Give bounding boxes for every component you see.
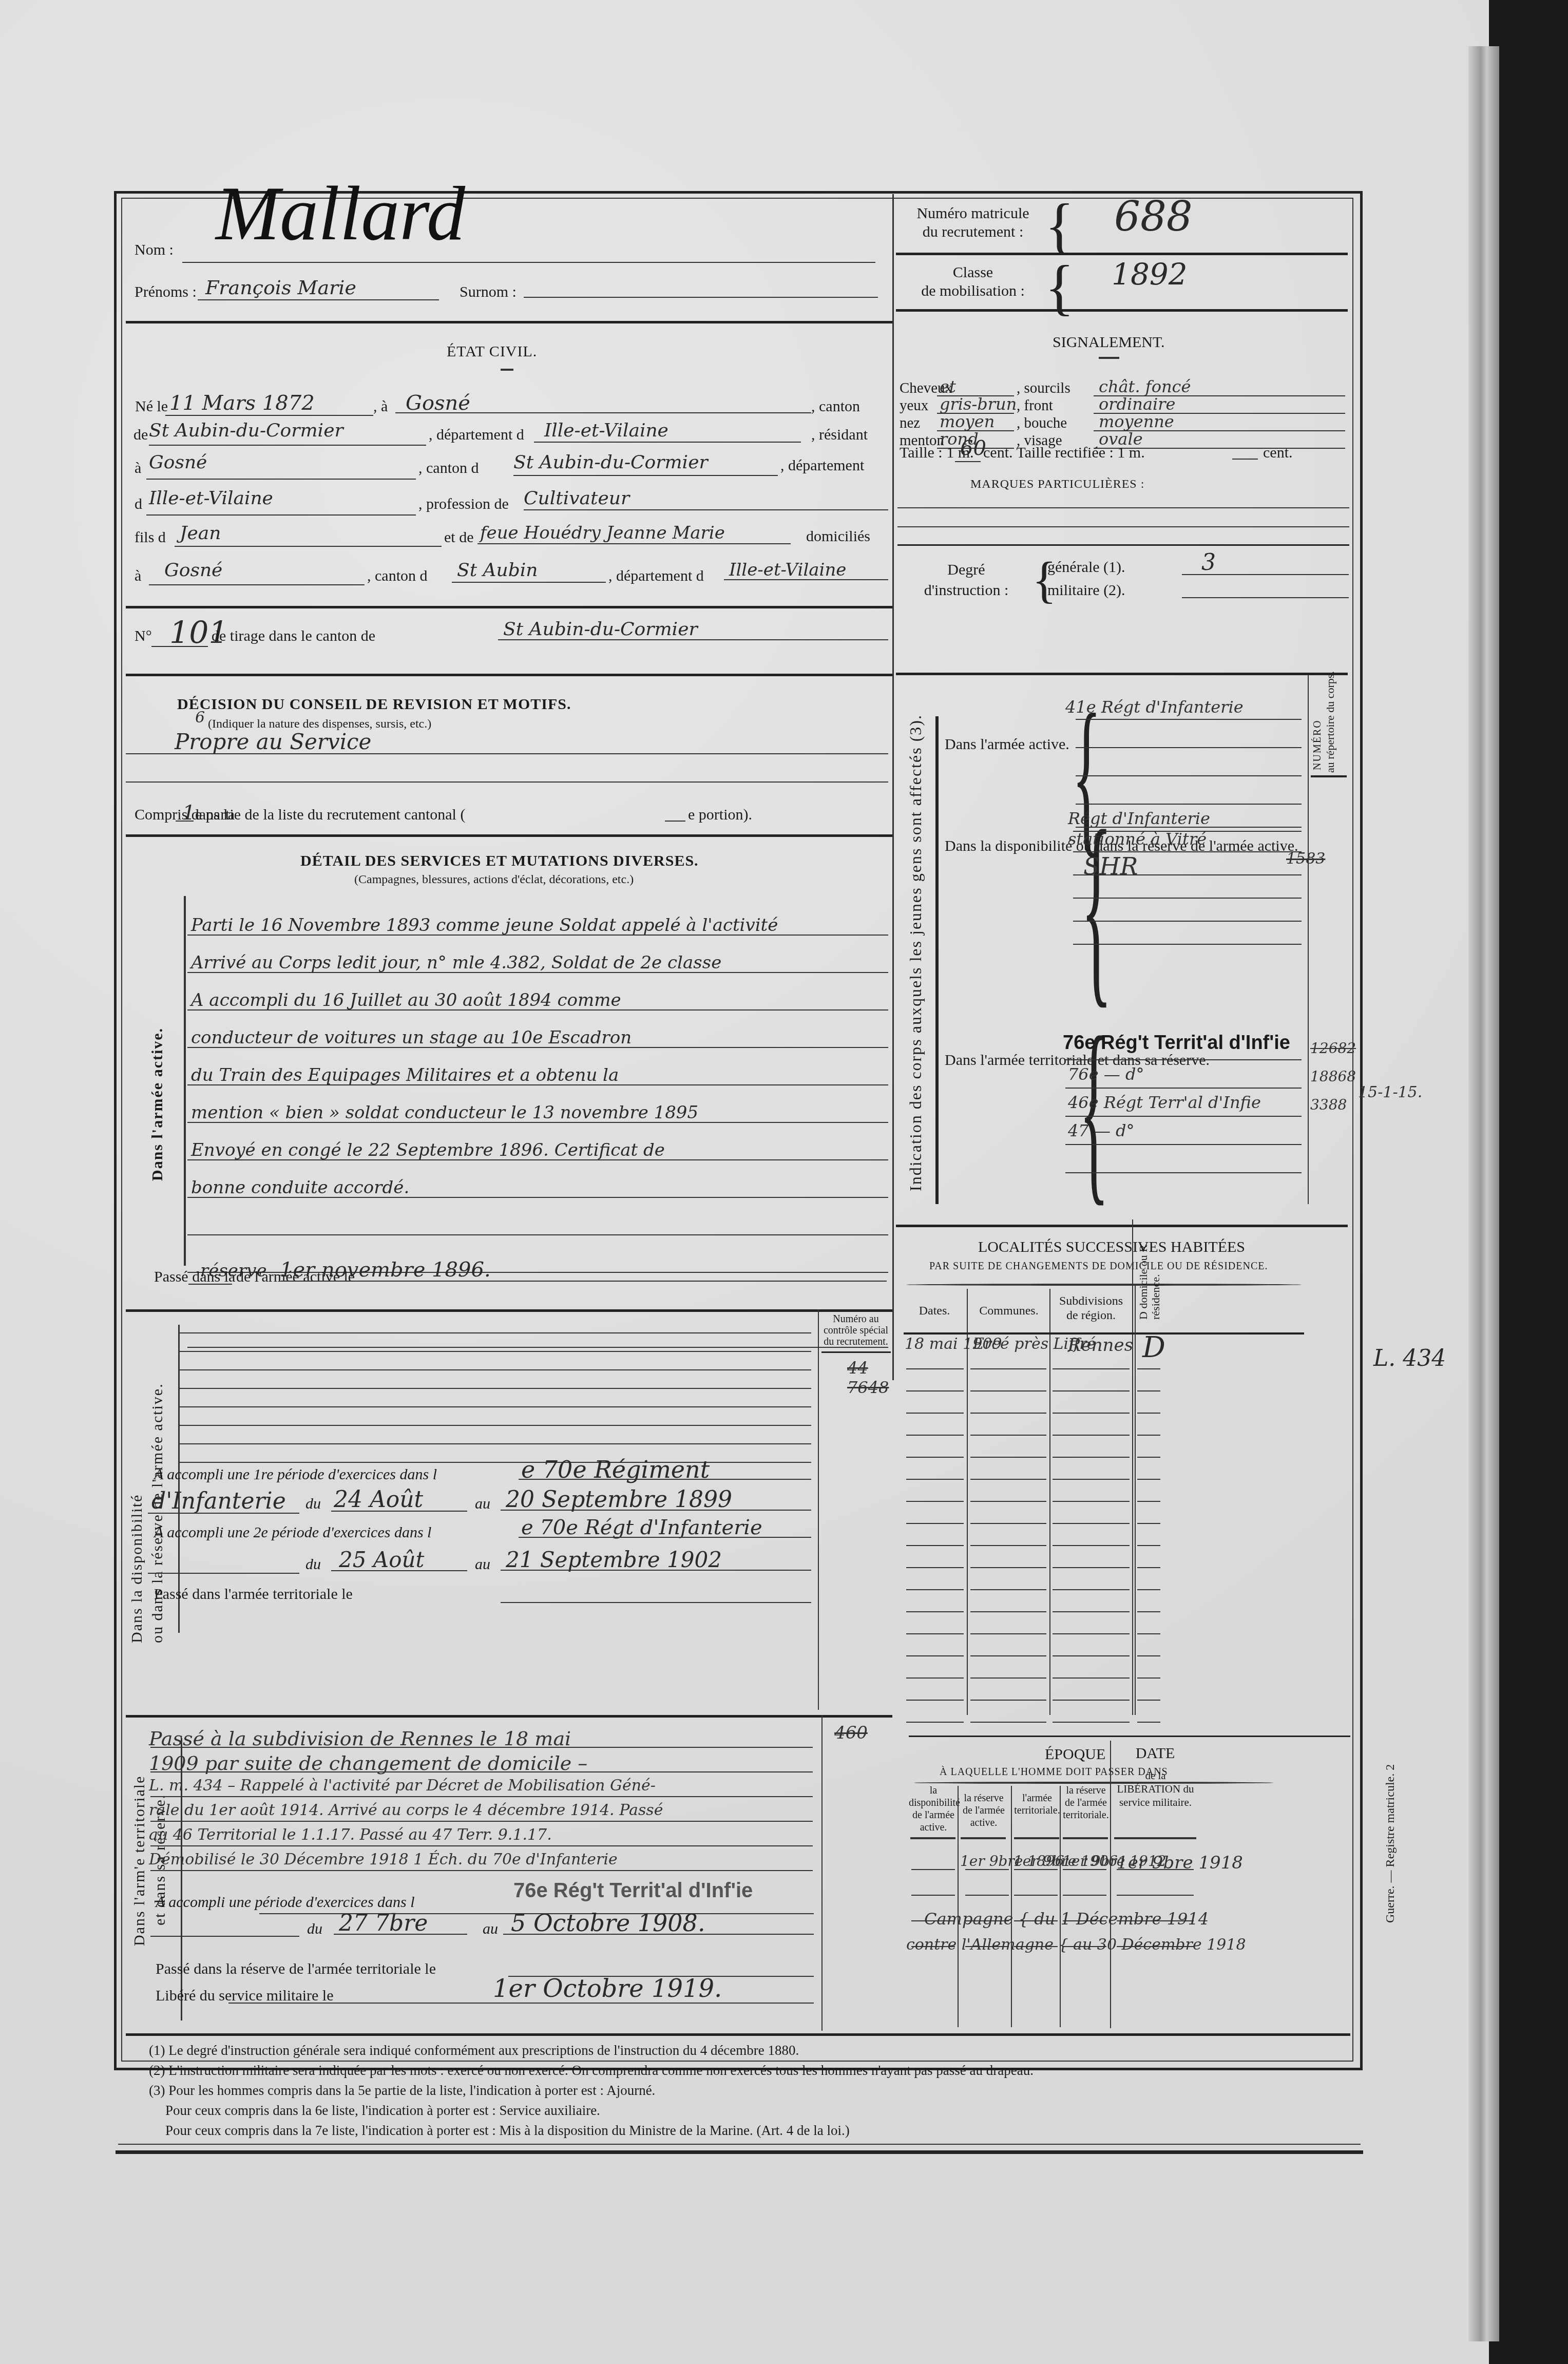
field-line [501,1570,811,1571]
field-line [911,1895,955,1896]
corps-disponibilite-numero: 1583 [1286,850,1325,868]
field-line [334,1934,467,1935]
field-line [970,1633,1046,1634]
field-line [149,584,365,585]
matricule-label: Numéro matriculedu recrutement : [896,204,1050,241]
corps-active-label: Dans l'armée active. [945,734,1053,755]
field-line [1073,921,1302,922]
lieu-naissance-value: Gosné [406,391,470,415]
field-line [519,1537,811,1538]
services-title: DÉTAIL DES SERVICES ET MUTATIONS DIVERSE… [300,852,699,870]
divider [126,2033,1350,2036]
periode1-au: 20 Septembre 1899 [506,1486,732,1513]
field-line [1053,1567,1130,1568]
departement-label: , département d [429,426,524,444]
classe-label: Classede mobilisation : [896,263,1050,300]
footnote: Pour ceux compris dans la 7e liste, l'in… [165,2123,850,2139]
column-divider [1110,1741,1111,2028]
field-line [970,1390,1046,1391]
localites-col-communes: Communes. [970,1304,1047,1318]
field-line [970,1523,1046,1524]
territoriale-line: au 46 Territorial le 1.1.17. Passé au 47… [149,1826,552,1844]
field-line [970,1567,1046,1568]
decision-marker: 6 [195,709,205,727]
disponibilite-numero-header: Numéro au contrôle spécial du recrutemen… [820,1313,892,1347]
divider [116,2150,1363,2154]
departement2-label: , département [780,457,864,474]
localite-dr: D [1142,1331,1165,1364]
canton3-label: , canton d [367,567,427,585]
field-line [970,1368,1046,1369]
title-rule [1099,357,1119,359]
field-line [180,1332,811,1333]
field-line [146,514,416,516]
divider [126,1715,892,1718]
bracket [184,896,186,1266]
services-side-label: Dans l'armée active. [149,1027,166,1181]
field-line [970,1677,1046,1679]
terr-du-label: du [307,1920,322,1938]
instruction-label-1: Degré [947,561,985,578]
field-line [1053,1589,1130,1590]
corps-territoriale-numero: 12682 [1310,1040,1356,1057]
surnom-line [524,297,878,298]
instruction-label: Degréd'instruction : [900,560,1033,601]
field-line [906,1677,964,1679]
field-line [1137,1413,1160,1414]
field-line [965,1946,1009,1947]
brace-rule [906,1284,1302,1286]
periode2-du: 25 Août [339,1547,424,1572]
field-line [180,1351,811,1352]
divider [126,834,892,837]
field-line [1137,1722,1160,1723]
field-line [150,1747,813,1748]
libere-date: 1er Octobre 1919. [493,1974,722,2003]
field-line [1065,1172,1302,1173]
au-label-2: au [475,1556,490,1573]
campagne-line-1: Campagne { du 1 Décembre 1914 [924,1909,1209,1929]
brace-rule [914,1782,1273,1784]
epoque-col-header: la réserve de l'armée territoriale. [1061,1784,1111,1821]
divider [896,673,1348,675]
field-line [148,1573,299,1574]
bouche-label: , bouche [1017,415,1067,432]
field-line [477,543,791,544]
field-line [965,1895,1009,1896]
corps-side-label: Indication des corps auxquels les jeunes… [906,714,925,1191]
field-line [906,1611,964,1612]
divider [126,1309,892,1312]
divider [896,1225,1348,1227]
portion-label: e portion). [688,806,752,824]
field-line [911,1946,955,1947]
localites-col-dr: D domicile ou R résidence. [1137,1217,1162,1320]
canton-label: , canton [811,398,860,415]
prenoms-value: François Marie [205,276,356,299]
divider [1114,1837,1196,1839]
periode1-du: 24 Août [334,1486,423,1513]
field-line [1073,898,1302,899]
taille-value: 60 [960,436,986,460]
sourcils-value: chât. foncé [1099,377,1191,396]
divider [1063,1837,1108,1839]
footnote: (3) Pour les hommes compris dans la 5e p… [149,2083,655,2099]
periode2-label: A accompli une 2e période d'exercices da… [154,1524,431,1541]
field-line [281,1281,887,1282]
periode2-au: 21 Septembre 1902 [506,1547,722,1572]
de-label: de [133,426,148,444]
campagne-line-2: contre l'Allemagne { au 30 Décembre 1918 [906,1936,1246,1954]
field-line [149,445,426,446]
corps-disponibilite-entry: Régt d'Infanterie [1068,809,1210,828]
field-line [1137,1655,1160,1656]
services-subtitle: (Campagnes, blessures, actions d'éclat, … [354,873,634,887]
a2-label: à [135,460,141,477]
field-line [126,781,888,783]
field-line [501,1510,811,1511]
field-line [1053,1523,1130,1524]
residant-label: , résidant [811,426,868,444]
canton-value: St Aubin-du-Cormier [149,420,343,441]
field-line [150,1796,813,1797]
decision-value: Propre au Service [175,729,371,754]
nom-label: Nom : [135,241,174,259]
tirage-label: de tirage dans le canton de [212,627,375,645]
field-line [188,1284,232,1285]
divider [118,2144,1361,2145]
field-line [150,1870,813,1871]
field-line [126,753,888,754]
canton2-label: , canton d [418,460,479,477]
localites-col-dates: Dates. [904,1304,965,1318]
field-line [906,1413,964,1414]
field-line [1182,597,1349,598]
localites-subtitle: PAR SUITE DE CHANGEMENTS DE DOMICILE OU … [929,1261,1268,1272]
departement-value: Ille-et-Vilaine [544,420,668,441]
departement3-label: , département d [608,567,704,585]
localite-subdivision: Rennes [1068,1335,1133,1356]
tirage-canton: St Aubin-du-Cormier [503,619,698,640]
domicile-parents-value: Gosné [164,560,222,581]
field-line [187,1234,888,1235]
field-line [665,821,685,822]
mere-value: feue Houédry Jeanne Marie [480,523,725,543]
field-line [1053,1655,1130,1656]
field-line [897,544,1349,546]
matricule-value: 688 [1114,193,1193,240]
field-line [1137,1479,1160,1480]
field-line [1137,1545,1160,1546]
column-divider [1011,1786,1012,2027]
ne-le-label: Né le [135,398,168,415]
passe-date: 1er novembre 1896. [280,1258,491,1282]
field-line [175,546,442,547]
terr-periode-du: 27 7bre [339,1910,428,1936]
field-line [724,579,888,580]
field-line [1053,1700,1130,1701]
column-divider [892,194,894,1380]
divider [896,309,1348,312]
periode1-corps-2: d'Infanterie [151,1488,286,1514]
corps-disponibilite-entry: stationné à Vitré [1068,829,1207,849]
corps-territoriale-entry: 47 — d° [1068,1121,1135,1140]
pere-value: Jean [180,523,221,544]
field-line [148,1513,299,1514]
field-line [1053,1435,1130,1436]
field-line [970,1479,1046,1480]
localites-margin-note: L. 434 [1373,1345,1446,1371]
militaire-label: militaire (2). [1047,582,1125,599]
nez-value: moyen [940,412,995,431]
field-line [906,1435,964,1436]
field-line [1137,1677,1160,1679]
field-line [970,1545,1046,1546]
divider [126,606,892,608]
field-line [970,1413,1046,1414]
corps-active-entry: 41e Régt d'Infanterie [1065,697,1244,717]
corps-margin-note: 15-1-15. [1358,1083,1422,1101]
field-line [1063,1869,1106,1870]
field-line [906,1589,964,1590]
field-line [1137,1633,1160,1634]
field-line [1076,747,1302,748]
divider [961,1837,1006,1839]
services-line: Parti le 16 Novembre 1893 comme jeune So… [191,915,778,936]
yeux-value: gris-brun [940,394,1017,414]
au-label: au [475,1495,490,1513]
field-line [228,2003,814,2004]
partie-label: e partie de la liste du recrutement cant… [195,806,465,824]
services-line: du Train des Equipages Militaires et a o… [191,1065,619,1085]
field-line [524,509,888,510]
divider [1014,1837,1059,1839]
divider [821,1351,891,1353]
field-line [970,1457,1046,1458]
territoriale-label: Passé dans l'armée territoriale le [154,1586,353,1603]
field-line [180,1369,811,1370]
canton-residence-value: St Aubin-du-Cormier [513,452,708,473]
corps-numero-header-2: au répertoire du corps. [1324,671,1337,773]
services-line: mention « bien » soldat conducteur le 13… [191,1102,698,1123]
field-line [150,1845,813,1846]
field-line [1137,1435,1160,1436]
terr-periode-stamp: 76e Rég't Territ'al d'Inf'ie [513,1879,753,1902]
field-line [906,1390,964,1391]
field-line [1137,1567,1160,1568]
profession-label: , profession de [418,495,509,513]
epoque-col-header: la réserve de l'armée active. [959,1792,1008,1829]
field-line [534,442,801,443]
field-line [906,1700,964,1701]
services-line: conducteur de voitures un stage au 10e E… [191,1027,632,1048]
field-line [906,1368,964,1369]
divider [904,1332,1304,1334]
field-line [1053,1368,1130,1369]
terr-periode-au: 5 Octobre 1908. [511,1909,705,1937]
generale-label: générale (1). [1047,559,1125,576]
signalement-title: SIGNALEMENT. [1053,334,1165,351]
field-line [1137,1589,1160,1590]
departement-parents-value: Ille-et-Vilaine [729,560,846,580]
field-line [1063,1920,1106,1921]
instruction-label-2: d'instruction : [924,582,1009,599]
field-line [1053,1545,1130,1546]
corps-disponibilite-entry: SHR [1083,852,1138,880]
field-line [176,821,194,822]
epoque-col-header: la disponibilité de l'armée active. [909,1784,958,1834]
field-line [1065,1116,1302,1117]
field-line [1053,1457,1130,1458]
numero-column-divider [818,1309,819,1710]
field-line [1137,1457,1160,1458]
field-line [906,1722,964,1723]
sourcils-label: , sourcils [1017,380,1070,397]
field-line [150,1771,813,1772]
corps-territoriale-entry: 46e Régt Terr'al d'Infie [1068,1093,1261,1112]
footnote: (2) L'instruction militaire sera indiqué… [149,2063,1034,2079]
field-line [150,1821,813,1822]
column-divider [958,1786,959,2027]
terr-periode-label: A accompli une période d'exercices dans … [156,1894,415,1911]
field-line [906,1501,964,1502]
column-divider [821,1715,823,2031]
corps-territoriale-stamp: 76e Rég't Territ'al d'Inf'ie [1063,1032,1290,1054]
footnote: (1) Le degré d'instruction générale sera… [149,2043,799,2058]
field-line [1053,1413,1130,1414]
field-line [1076,775,1302,776]
services-line: Arrivé au Corps ledit jour, n° mle 4.382… [191,952,721,973]
numero-column-divider [1308,675,1309,1204]
territoriale-line: rale du 1er août 1914. Arrivé au corps l… [149,1801,663,1819]
field-line [498,639,888,640]
prenoms-line [198,299,439,300]
yeux-label: yeux [900,397,928,414]
divider [910,1837,955,1839]
disponibilite-numero: 7648 [847,1378,889,1397]
field-line [970,1611,1046,1612]
field-line [906,1567,964,1568]
localites-title: LOCALITÉS SUCCESSIVES HABITÉES [978,1238,1245,1256]
field-line [1117,1946,1194,1947]
front-value: ordinaire [1099,394,1175,414]
brace-icon: { [1045,195,1075,257]
field-line [452,582,606,583]
field-line [1076,719,1302,720]
tirage-no-label: N° [135,627,152,645]
field-line [395,412,811,413]
a-label: , à [373,398,388,415]
field-line [180,1406,811,1407]
field-line [1137,1501,1160,1502]
corps-territoriale-numero: 3388 [1310,1096,1347,1113]
field-line [1065,1088,1302,1089]
column-divider [1060,1786,1061,2027]
column-divider [1132,1219,1133,1715]
title-rule [501,369,513,371]
field-line [911,1920,955,1921]
corps-territoriale-entry: 76e — d° [1068,1064,1144,1084]
territoriale-line: Démobilisé le 30 Décembre 1918 1 Éch. du… [149,1851,618,1869]
etat-civil-title: ÉTAT CIVIL. [447,343,537,360]
field-line [1137,1390,1160,1391]
field-line [897,507,1349,508]
cent-label: cent. [1263,444,1292,462]
divider [126,674,892,676]
field-line [1117,1895,1194,1896]
classe-label-2: de mobilisation : [921,282,1025,299]
field-line [970,1501,1046,1502]
ne-le-value: 11 Mars 1872 [169,391,315,415]
a3-label: à [135,567,141,585]
liberation-title: DATE [1112,1745,1199,1762]
field-line [165,415,373,416]
divider [909,1736,1350,1737]
nom-line [182,262,875,263]
periode2-corps: e 70e Régt d'Infanterie [521,1516,762,1539]
nez-label: nez [900,415,920,432]
field-line [180,1443,811,1444]
field-line [1137,1611,1160,1612]
services-line: A accompli du 16 Juillet au 30 août 1894… [191,990,621,1011]
field-line [1117,1869,1194,1870]
field-line [180,1388,811,1389]
domicilies-label: domiciliés [806,528,870,545]
bouche-value: moyenne [1099,412,1174,431]
territoriale-line: L. m. 434 – Rappelé à l'activité par Déc… [149,1777,656,1795]
decision-title: DÉCISION DU CONSEIL DE REVISION ET MOTIF… [177,696,571,713]
epoque-col-header: l'armée territoriale. [1012,1792,1062,1817]
field-line [513,475,778,476]
field-line [970,1700,1046,1701]
field-line [519,1479,811,1480]
divider [126,321,892,323]
field-line [1065,1059,1302,1060]
divider [1311,775,1347,777]
field-line [1053,1677,1130,1679]
field-line [180,1462,811,1463]
du-label-2: du [305,1556,321,1573]
field-line [331,1511,467,1512]
front-label: , front [1017,397,1053,414]
corps-territoriale-numero: 18868 [1310,1068,1356,1085]
fils-label: fils d [135,529,166,546]
field-line [1053,1722,1130,1723]
localites-col-subdivisions: Subdivisions de région. [1053,1294,1130,1323]
numero-header-1: NUMÉRO [1312,719,1323,770]
territoriale-numero-margin: 460 [834,1723,868,1743]
field-line [1137,1523,1160,1524]
field-line [970,1435,1046,1436]
field-line [1137,1700,1160,1701]
disponibilite-side-label-1: Dans la disponibilité [128,1494,146,1643]
field-line [150,1936,299,1937]
classe-label-1: Classe [953,264,993,281]
field-line [1232,459,1258,460]
profession-value: Cultivateur [524,488,629,509]
field-line [906,1479,964,1480]
field-line [897,526,1349,527]
residence-value: Gosné [149,452,207,473]
field-line [1014,1869,1058,1870]
field-line [906,1655,964,1656]
nom-value: Mallard [216,169,465,258]
taille-cent-label: cent. Taille rectifiée : 1 m. [983,444,1145,462]
field-line [146,479,416,480]
field-line [501,1602,811,1603]
corps-territoriale-label: Dans l'armée territoriale et dans sa rés… [945,1050,1053,1071]
field-line [1014,1946,1058,1947]
